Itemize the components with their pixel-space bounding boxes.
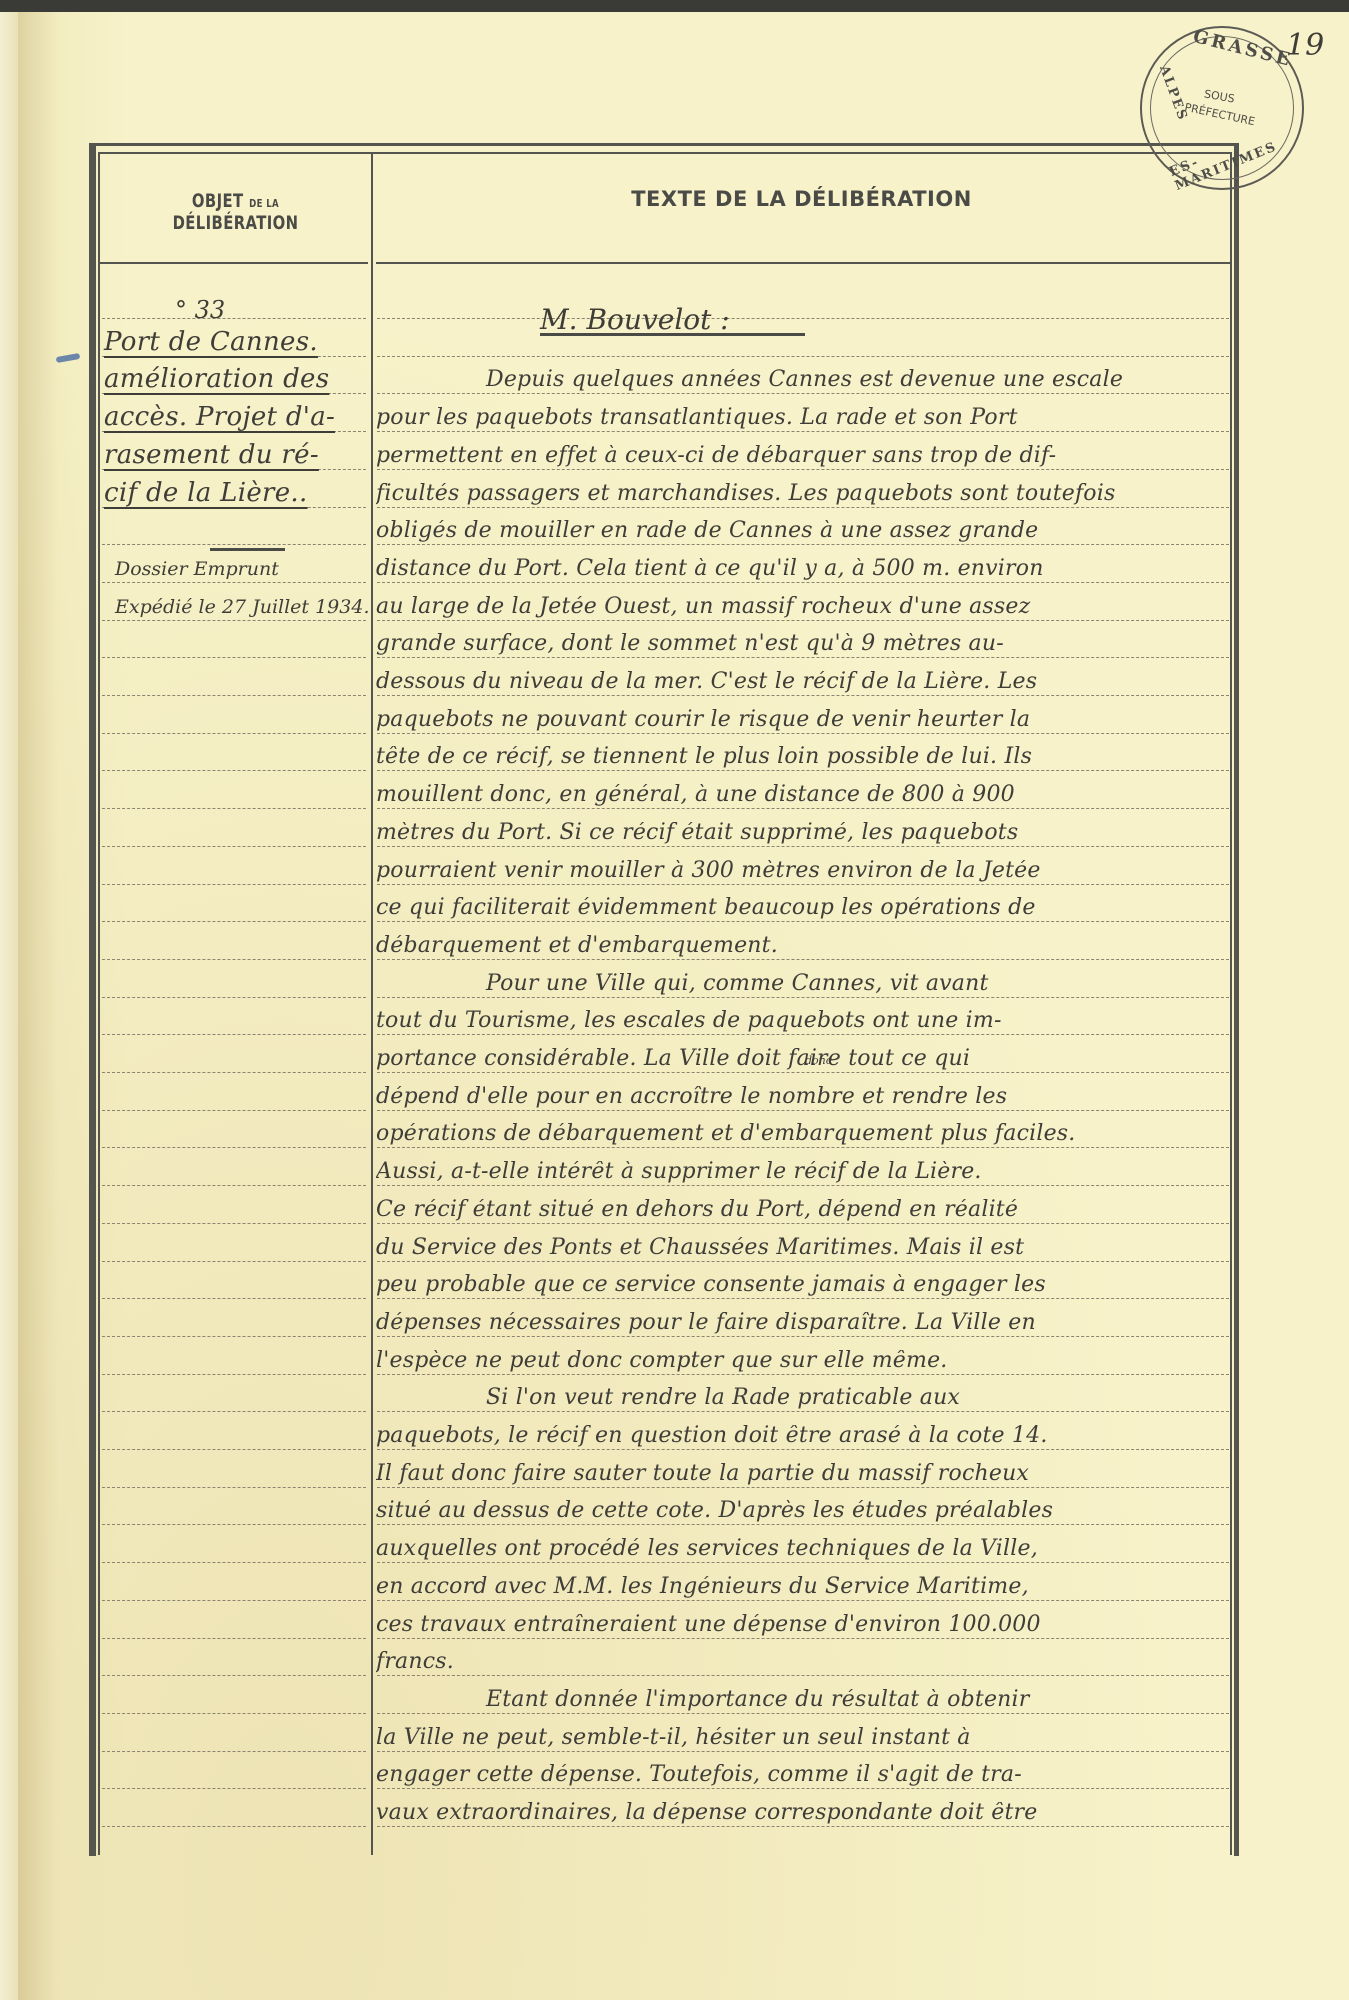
text-line: tout du Tourisme, les escales de paquebo…	[376, 1010, 1228, 1032]
ruled-line	[377, 1072, 1229, 1073]
ruled-line	[102, 544, 366, 545]
text-line: du Service des Ponts et Chaussées Mariti…	[376, 1237, 1228, 1259]
ruled-line	[377, 582, 1229, 583]
ruled-line	[102, 582, 366, 583]
note-line: Dossier Emprunt	[115, 560, 279, 579]
ruled-line	[377, 1336, 1229, 1337]
speaker-underline	[540, 333, 805, 336]
text-line: ficultés passagers et marchandises. Les …	[376, 483, 1228, 505]
note-line: Expédié le 27 Juillet 1934.	[115, 598, 370, 617]
ruled-line	[377, 1261, 1229, 1262]
ruled-line	[102, 620, 366, 621]
ruled-line	[102, 1374, 366, 1375]
text-line: Depuis quelques années Cannes est devenu…	[376, 369, 1228, 391]
ruled-line	[377, 1374, 1229, 1375]
text-line: dépenses nécessaires pour le faire dispa…	[376, 1312, 1228, 1334]
text-line: distance du Port. Cela tient à ce qu'il …	[376, 558, 1228, 580]
text-line: ce qui faciliterait évidemment beaucoup …	[376, 897, 1228, 919]
ruled-line	[102, 1751, 366, 1752]
ruled-line	[377, 1788, 1229, 1789]
ruled-line	[102, 1147, 366, 1148]
text-line: permettent en effet à ceux-ci de débarqu…	[376, 445, 1228, 467]
ruled-line	[102, 808, 366, 809]
text-line: Ce récif étant situé en dehors du Port, …	[376, 1199, 1228, 1221]
ruled-line	[377, 657, 1229, 658]
text-line: pour les paquebots transatlantiques. La …	[376, 407, 1228, 429]
ruled-line	[377, 1110, 1229, 1111]
ruled-line	[377, 544, 1229, 545]
ruled-line	[102, 1110, 366, 1111]
text-line: mètres du Port. Si ce récif était suppri…	[376, 822, 1228, 844]
ruled-line	[377, 1638, 1229, 1639]
ruled-line	[102, 1562, 366, 1563]
ruled-line	[377, 1147, 1229, 1148]
book-binding	[0, 12, 19, 2000]
ruled-line	[377, 507, 1229, 508]
text-line: paquebots ne pouvant courir le risque de…	[376, 709, 1228, 731]
text-line: opérations de débarquement et d'embarque…	[376, 1123, 1228, 1145]
deliberation-number: ° 33	[175, 298, 225, 322]
ruled-line	[377, 770, 1229, 771]
ruled-line	[102, 1788, 366, 1789]
ruled-line	[102, 1261, 366, 1262]
text-line: situé au dessus de cette cote. D'après l…	[376, 1500, 1228, 1522]
text-line: Pour une Ville qui, comme Cannes, vit av…	[376, 973, 1228, 995]
ruled-line	[102, 695, 366, 696]
subject-line: amélioration des	[104, 366, 366, 392]
ruled-line	[102, 1675, 366, 1676]
text-line: Si l'on veut rendre la Rade praticable a…	[376, 1387, 1228, 1409]
header-objet: OBJET DE LA DÉLIBÉRATION	[130, 190, 341, 234]
ruled-line	[102, 921, 366, 922]
ruled-line	[377, 1034, 1229, 1035]
text-line: dessous du niveau de la mer. C'est le ré…	[376, 671, 1228, 693]
ruled-line	[102, 997, 366, 998]
ruled-line	[102, 884, 366, 885]
text-line: pourraient venir mouiller à 300 mètres e…	[376, 860, 1228, 882]
text-line: la Ville ne peut, semble-t-il, hésiter u…	[376, 1727, 1228, 1749]
ruled-line	[377, 1524, 1229, 1525]
ruled-line	[377, 1298, 1229, 1299]
text-line: l'espèce ne peut donc compter que sur el…	[376, 1350, 1228, 1372]
ruled-line	[377, 1562, 1229, 1563]
text-line: Aussi, a-t-elle intérêt à supprimer le r…	[376, 1161, 1228, 1183]
subject-line: rasement du ré-	[104, 442, 366, 468]
ruled-line	[377, 1600, 1229, 1601]
text-line: vaux extraordinaires, la dépense corresp…	[376, 1802, 1228, 1824]
ruled-line	[377, 431, 1229, 432]
header-rule-right	[376, 262, 1230, 264]
ruled-line	[377, 846, 1229, 847]
sous-prefecture-stamp: GRASSE ALPES SOUS PRÉFECTURE ES-MARITIME…	[1140, 26, 1304, 190]
ruled-line	[102, 1487, 366, 1488]
ruled-line	[102, 1826, 366, 1827]
ruled-line	[102, 1072, 366, 1073]
text-line: tête de ce récif, se tiennent le plus lo…	[376, 746, 1228, 768]
ruled-line	[102, 846, 366, 847]
text-line: engager cette dépense. Toutefois, comme …	[376, 1764, 1228, 1786]
text-line: peu probable que ce service consente jam…	[376, 1274, 1228, 1296]
ruled-line	[102, 1524, 366, 1525]
ruled-line	[377, 1185, 1229, 1186]
ruled-line	[377, 997, 1229, 998]
ruled-line	[102, 1336, 366, 1337]
text-line: dépend d'elle pour en accroître le nombr…	[376, 1086, 1228, 1108]
ruled-line	[377, 808, 1229, 809]
ruled-line	[102, 1638, 366, 1639]
ruled-line	[377, 356, 1229, 357]
ruled-line	[102, 1600, 366, 1601]
text-line: Il faut donc faire sauter toute la parti…	[376, 1463, 1228, 1485]
ruled-line	[102, 1411, 366, 1412]
ruled-line	[102, 770, 366, 771]
ruled-line	[377, 1449, 1229, 1450]
ruled-line	[377, 1675, 1229, 1676]
subject-line: cif de la Lière..	[104, 480, 366, 506]
ruled-line	[377, 1487, 1229, 1488]
ruled-line	[102, 318, 366, 319]
ruled-line	[377, 620, 1229, 621]
ruled-line	[102, 1223, 366, 1224]
text-line: portance considérable. La Ville doit fai…	[376, 1048, 1228, 1070]
ruled-line	[377, 393, 1229, 394]
ruled-line	[102, 657, 366, 658]
text-line: Étant donnée l'importance du résultat à …	[376, 1689, 1228, 1711]
ruled-line	[377, 318, 1229, 319]
subject-line: accès. Projet d'a-	[104, 404, 366, 430]
ruled-line	[102, 1298, 366, 1299]
ruled-line	[102, 1449, 366, 1450]
text-line: paquebots, le récif en question doit êtr…	[376, 1425, 1228, 1447]
header-objet-word1: OBJET	[192, 190, 244, 212]
ruled-line	[377, 1223, 1229, 1224]
text-line: obligés de mouiller en rade de Cannes à …	[376, 520, 1228, 542]
text-line: mouillent donc, en général, à une distan…	[376, 784, 1228, 806]
ruled-line	[377, 1751, 1229, 1752]
ruled-line	[102, 733, 366, 734]
text-line: débarquement et d'embarquement.	[376, 935, 1228, 957]
text-line: grande surface, dont le sommet n'est qu'…	[376, 633, 1228, 655]
ruled-line	[102, 1034, 366, 1035]
ruled-line	[377, 1713, 1229, 1714]
ruled-line	[102, 1185, 366, 1186]
subject-line: Port de Cannes.	[104, 329, 366, 355]
ruled-line	[377, 733, 1229, 734]
column-divider	[371, 152, 373, 1855]
header-objet-small: DE LA	[249, 197, 279, 210]
text-line: auxquelles ont procédé les services tech…	[376, 1538, 1228, 1560]
text-line: en accord avec M.M. les Ingénieurs du Se…	[376, 1576, 1228, 1598]
ruled-line	[377, 1826, 1229, 1827]
ruled-line	[377, 469, 1229, 470]
ruled-line	[377, 884, 1229, 885]
speaker-name: M. Bouvelot :	[540, 306, 730, 334]
ruled-line	[377, 921, 1229, 922]
folio-number: 19	[1286, 28, 1324, 63]
ruled-line	[377, 1411, 1229, 1412]
text-line: ces travaux entraîneraient une dépense d…	[376, 1614, 1228, 1636]
ruled-line	[377, 695, 1229, 696]
ruled-line	[102, 959, 366, 960]
subject-separator	[210, 548, 285, 551]
text-line: au large de la Jetée Ouest, un massif ro…	[376, 596, 1228, 618]
header-objet-word2: DÉLIBÉRATION	[173, 212, 299, 234]
header-rule-left	[100, 262, 368, 264]
ruled-line	[102, 1713, 366, 1714]
ruled-line	[377, 959, 1229, 960]
text-line: francs.	[376, 1651, 1228, 1673]
header-texte: TEXTE DE LA DÉLIBÉRATION	[373, 187, 1230, 211]
